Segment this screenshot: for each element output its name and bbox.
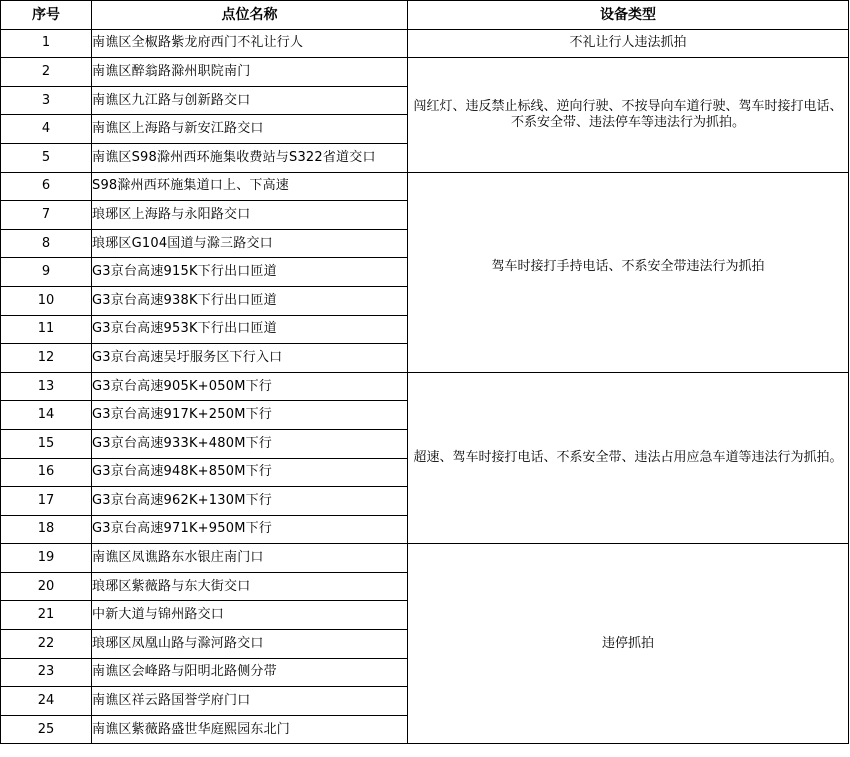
location-cell: G3京台高速933K+480M下行	[92, 429, 408, 458]
location-cell: G3京台高速917K+250M下行	[92, 401, 408, 430]
seq-cell: 2	[1, 58, 92, 87]
location-cell: 南谯区全椒路紫龙府西门不礼让行人	[92, 29, 408, 58]
location-cell: G3京台高速905K+050M下行	[92, 372, 408, 401]
location-cell: G3京台高速962K+130M下行	[92, 487, 408, 516]
device-type-cell: 驾车时接打手持电话、不系安全带违法行为抓拍	[408, 172, 849, 372]
seq-cell: 12	[1, 344, 92, 373]
camera-locations-table: 序号 点位名称 设备类型 1 南谯区全椒路紫龙府西门不礼让行人 不礼让行人违法抓…	[0, 0, 849, 744]
seq-cell: 15	[1, 429, 92, 458]
location-cell: 南谯区九江路与创新路交口	[92, 86, 408, 115]
seq-cell: 18	[1, 515, 92, 544]
seq-cell: 16	[1, 458, 92, 487]
location-cell: 琅琊区G104国道与滁三路交口	[92, 229, 408, 258]
header-location: 点位名称	[92, 1, 408, 30]
location-cell: 南谯区祥云路国誉学府门口	[92, 687, 408, 716]
table-row: 13 G3京台高速905K+050M下行 超速、驾车时接打电话、不系安全带、违法…	[1, 372, 849, 401]
header-seq: 序号	[1, 1, 92, 30]
seq-cell: 25	[1, 715, 92, 744]
location-cell: 南谯区上海路与新安江路交口	[92, 115, 408, 144]
seq-cell: 23	[1, 658, 92, 687]
seq-cell: 17	[1, 487, 92, 516]
location-cell: G3京台高速948K+850M下行	[92, 458, 408, 487]
device-type-cell: 超速、驾车时接打电话、不系安全带、违法占用应急车道等违法行为抓拍。	[408, 372, 849, 544]
location-cell: 南谯区醉翁路滁州职院南门	[92, 58, 408, 87]
seq-cell: 7	[1, 201, 92, 230]
table-row: 19 南谯区凤谯路东水银庄南门口 违停抓拍	[1, 544, 849, 573]
seq-cell: 20	[1, 572, 92, 601]
seq-cell: 24	[1, 687, 92, 716]
seq-cell: 19	[1, 544, 92, 573]
header-device-type: 设备类型	[408, 1, 849, 30]
seq-cell: 11	[1, 315, 92, 344]
device-type-cell: 闯红灯、违反禁止标线、逆向行驶、不按导向车道行驶、驾车时接打电话、不系安全带、违…	[408, 58, 849, 172]
location-cell: 南谯区凤谯路东水银庄南门口	[92, 544, 408, 573]
seq-cell: 5	[1, 143, 92, 172]
table-row: 6 S98滁州西环施集道口上、下高速 驾车时接打手持电话、不系安全带违法行为抓拍	[1, 172, 849, 201]
location-cell: 南谯区会峰路与阳明北路侧分带	[92, 658, 408, 687]
seq-cell: 21	[1, 601, 92, 630]
seq-cell: 10	[1, 286, 92, 315]
location-cell: G3京台高速938K下行出口匝道	[92, 286, 408, 315]
location-cell: 南谯区S98滁州西环施集收费站与S322省道交口	[92, 143, 408, 172]
location-cell: 琅琊区凤凰山路与滁河路交口	[92, 630, 408, 659]
table-row: 2 南谯区醉翁路滁州职院南门 闯红灯、违反禁止标线、逆向行驶、不按导向车道行驶、…	[1, 58, 849, 87]
header-row: 序号 点位名称 设备类型	[1, 1, 849, 30]
table-row: 1 南谯区全椒路紫龙府西门不礼让行人 不礼让行人违法抓拍	[1, 29, 849, 58]
location-cell: 琅琊区紫薇路与东大街交口	[92, 572, 408, 601]
seq-cell: 4	[1, 115, 92, 144]
seq-cell: 6	[1, 172, 92, 201]
location-cell: G3京台高速953K下行出口匝道	[92, 315, 408, 344]
seq-cell: 8	[1, 229, 92, 258]
location-cell: 中新大道与锦州路交口	[92, 601, 408, 630]
location-cell: G3京台高速915K下行出口匝道	[92, 258, 408, 287]
seq-cell: 14	[1, 401, 92, 430]
location-cell: S98滁州西环施集道口上、下高速	[92, 172, 408, 201]
location-cell: G3京台高速971K+950M下行	[92, 515, 408, 544]
seq-cell: 1	[1, 29, 92, 58]
seq-cell: 3	[1, 86, 92, 115]
seq-cell: 13	[1, 372, 92, 401]
device-type-cell: 不礼让行人违法抓拍	[408, 29, 849, 58]
location-cell: 琅琊区上海路与永阳路交口	[92, 201, 408, 230]
device-type-cell: 违停抓拍	[408, 544, 849, 744]
seq-cell: 22	[1, 630, 92, 659]
location-cell: 南谯区紫薇路盛世华庭熙园东北门	[92, 715, 408, 744]
seq-cell: 9	[1, 258, 92, 287]
location-cell: G3京台高速吴圩服务区下行入口	[92, 344, 408, 373]
